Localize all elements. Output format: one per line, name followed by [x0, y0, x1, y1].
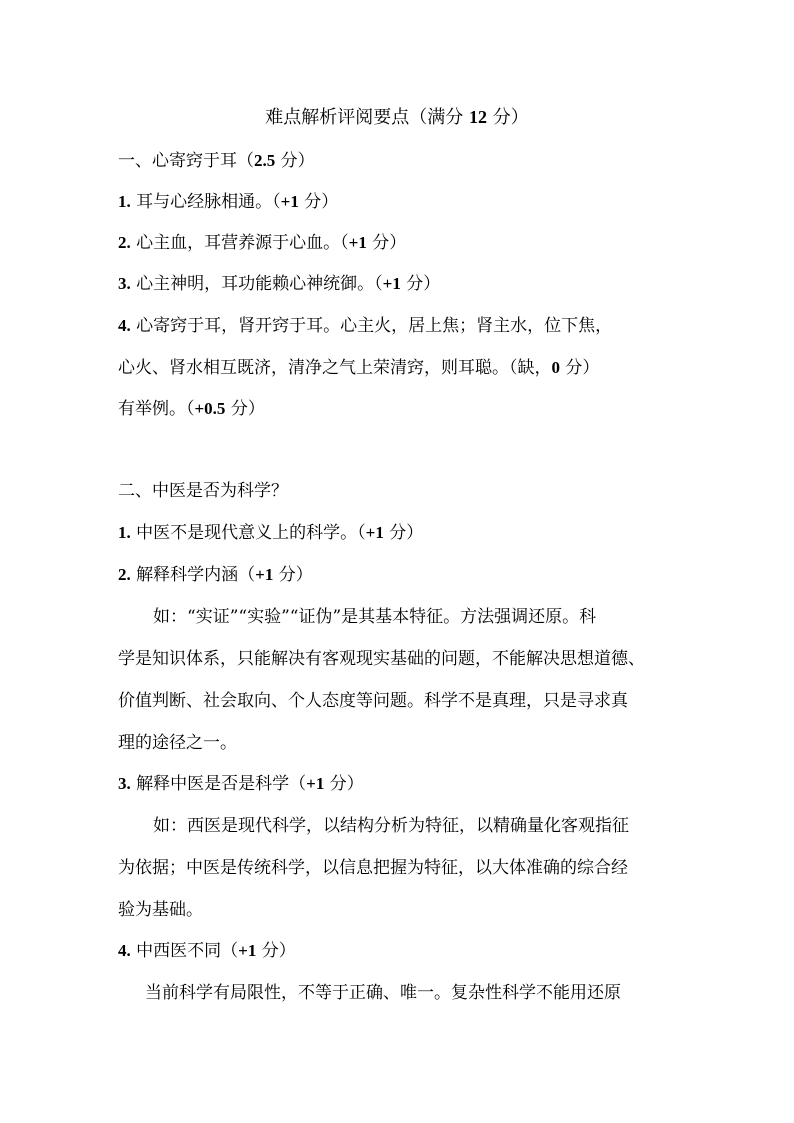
section2-item2-body-line: 学是知识体系，只能解决有客观现实基础的问题，不能解决思想道德、 — [118, 648, 645, 670]
section2-heading: 二、中医是否为科学？ — [118, 480, 288, 502]
section2-item3-body-line: 如：西医是现代科学，以结构分析为特征，以精确量化客观指征 — [153, 815, 629, 837]
section1-item-3: 3. 心主神明，耳功能赖心神统御。（+1 分） — [118, 273, 440, 295]
section2-item2-body-line: 理的途径之一。 — [118, 732, 237, 754]
section1-item-2: 2. 心主血，耳营养源于心血。（+1 分） — [118, 232, 406, 254]
page-title: 难点解析评阅要点（满分 12 分） — [0, 106, 794, 129]
section1-item-4: 4. 心寄窍于耳，肾开窍于耳。心主火，居上焦；肾主水，位下焦， — [118, 315, 612, 337]
section2-item-4: 4. 中西医不同（+1 分） — [118, 940, 296, 962]
section1-heading: 一、心寄窍于耳（2.5 分） — [118, 150, 315, 172]
section1-item-4-continued: 心火、肾水相互既济，清净之气上荣清窍，则耳聪。（缺，0 分） — [118, 357, 599, 379]
section2-item-2: 2. 解释科学内涵（+1 分） — [118, 564, 313, 586]
document-page: 难点解析评阅要点（满分 12 分） 一、心寄窍于耳（2.5 分） 1. 耳与心经… — [0, 0, 794, 1123]
section2-item3-body-line: 验为基础。 — [118, 899, 203, 921]
section2-item-1: 1. 中医不是现代意义上的科学。（+1 分） — [118, 522, 423, 544]
section2-item2-body-line: 如：“实证”“实验”“证伪”是其基本特征。方法强调还原。科 — [153, 606, 596, 628]
section2-item4-body-line: 当前科学有局限性，不等于正确、唯一。复杂性科学不能用还原 — [145, 982, 621, 1004]
section2-item2-body-line: 价值判断、社会取向、个人态度等问题。科学不是真理，只是寻求真 — [118, 690, 628, 712]
section1-example: 有举例。（+0.5 分） — [118, 398, 265, 420]
section2-item-3: 3. 解释中医是否是科学（+1 分） — [118, 773, 364, 795]
section2-item3-body-line: 为依据；中医是传统科学，以信息把握为特征，以大体准确的综合经 — [118, 857, 628, 879]
section1-item-1: 1. 耳与心经脉相通。（+1 分） — [118, 191, 338, 213]
